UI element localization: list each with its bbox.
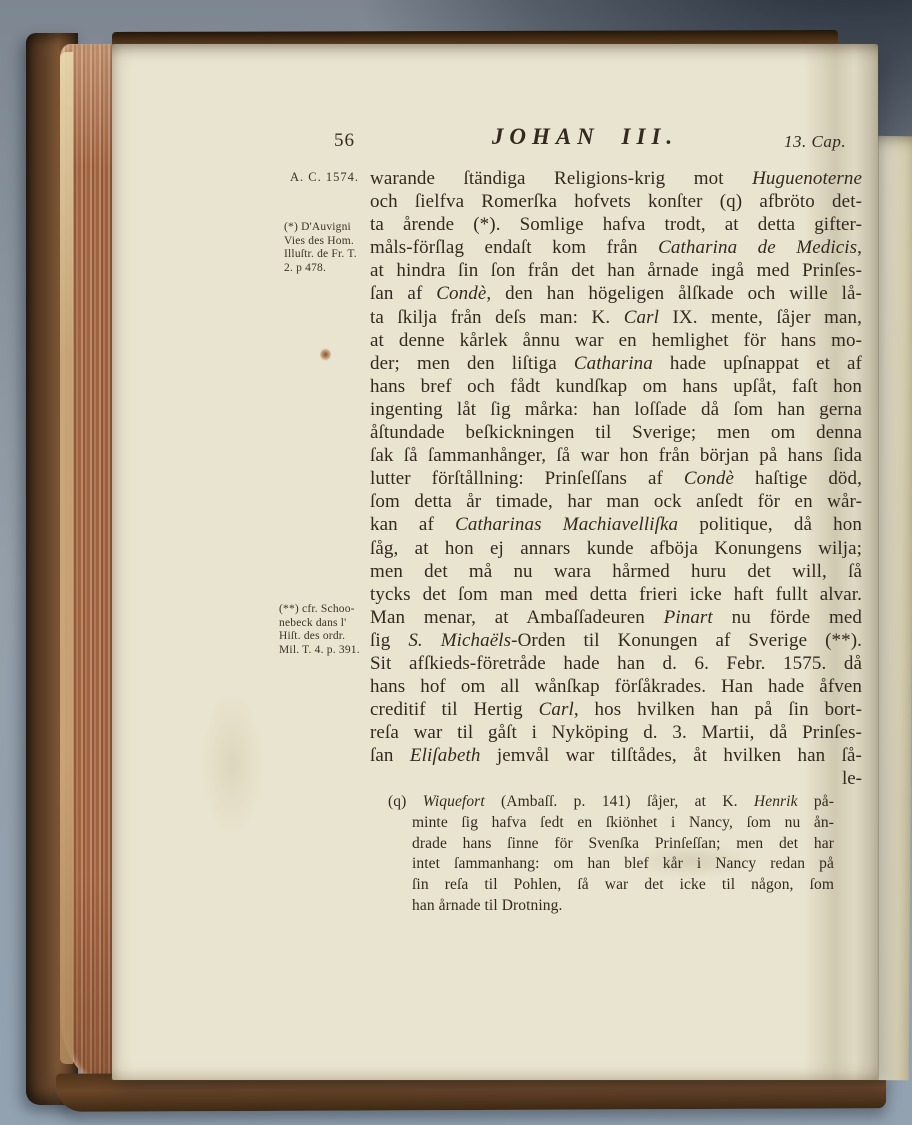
page-number: 56 <box>334 130 355 152</box>
text-line: ſan Eliſabeth jemvål war tilſtådes, åt h… <box>370 744 862 767</box>
text-line: han årnade til Drotning. <box>388 896 834 917</box>
text-segment: Man menar, at Ambaſſadeuren <box>370 607 664 628</box>
text-line: warande ſtändiga Religions-krig mot Hugu… <box>370 167 862 190</box>
margin-note-line: nebeck dans l' <box>279 617 360 631</box>
text-segment: och ſielfva Romerſka hofvets konſter (q)… <box>370 191 862 212</box>
text-line: åſtundade beſkickningen til Sverige; men… <box>370 421 862 444</box>
text-line: ſåg, at hon ej annars kunde afböja Konun… <box>370 537 862 560</box>
text-segment: , hos hvilken han på ſin bort- <box>574 699 862 720</box>
text-line: ingenting låt ſig mårka: han loſſade då … <box>370 398 862 421</box>
text-segment: Sit afſkieds-företråde hade han d. 6. Fe… <box>370 653 862 674</box>
margin-note-reference-1: (*) D'AuvigniVies des Hom.Illuſtr. de Fr… <box>284 221 357 275</box>
text-segment: at denne kårlek ånnu war en hemlighet fö… <box>370 330 862 351</box>
text-segment: måls-förſlag endaſt kom från <box>370 237 658 258</box>
margin-note-line: Hiſt. des ordr. <box>279 630 360 644</box>
text-line: Man menar, at Ambaſſadeuren Pinart nu fö… <box>370 606 862 629</box>
text-segment: Condè <box>436 283 486 304</box>
text-segment: drade hans ſinne för Svenſka Prinſeſſan;… <box>412 835 834 852</box>
text-segment: hans hof om all wånſkap förſåkrades. Han… <box>370 676 862 697</box>
text-segment: haſtige död, <box>734 468 862 489</box>
text-line: (q) Wiquefort (Ambaſſ. p. 141) ſåjer, at… <box>388 792 834 813</box>
text-line: at hindra ſin ſon från det han årnade in… <box>370 259 862 282</box>
photographed-book-scene: 56 JOHAN III. 13. Cap. A. C. 1574. (*) D… <box>0 0 912 1125</box>
margin-note-line: Mil. T. 4. p. 391. <box>279 644 360 658</box>
text-segment: ſom detta år timade, har man ock anſedt … <box>370 491 862 512</box>
text-segment: Huguenoterne <box>752 168 862 189</box>
text-line: Sit afſkieds-företråde hade han d. 6. Fe… <box>370 652 862 675</box>
running-title: JOHAN III. <box>430 124 740 150</box>
text-segment: warande ſtändiga Religions-krig mot <box>370 168 752 189</box>
text-segment: Condè <box>684 468 734 489</box>
text-line: der; men den liſtiga Catharina hade upſn… <box>370 352 862 375</box>
text-segment: ſig <box>370 630 408 651</box>
margin-note-reference-2: (**) cfr. Schoo-nebeck dans l'Hiſt. des … <box>279 603 360 657</box>
text-segment: kan af <box>370 514 455 535</box>
text-segment: på- <box>798 793 834 810</box>
text-segment: Catharinas Machiavelliſka <box>455 514 678 535</box>
catchword-text: le- <box>842 768 862 789</box>
text-segment: politique, då hon <box>678 514 862 535</box>
text-segment: lutter förſtållning: Prinſeſſans af <box>370 468 684 489</box>
text-segment: IX. mente, ſåjer man, <box>659 307 862 328</box>
text-segment: , den han högeligen ålſkade och wille lå… <box>486 283 862 304</box>
text-line: at denne kårlek ånnu war en hemlighet fö… <box>370 329 862 352</box>
text-segment: ſak ſå ſammanhånger, ſå war hon från bör… <box>370 445 862 466</box>
text-segment: jemvål war tilſtådes, åt hvilken han ſå- <box>480 745 862 766</box>
text-segment: nu förde med <box>713 607 862 628</box>
text-line: ſom detta år timade, har man ock anſedt … <box>370 490 862 513</box>
text-segment: S. Michaëls <box>408 630 511 651</box>
text-line: reſa war til gåſt i Nyköping d. 3. Marti… <box>370 721 862 744</box>
text-segment: tycks det ſom man med detta frieri icke … <box>370 584 862 605</box>
text-segment: Henrik <box>754 793 798 810</box>
text-segment: Catharina de Medicis <box>658 237 857 258</box>
text-segment: Carl <box>539 699 574 720</box>
chapter-label: 13. Cap. <box>784 132 846 152</box>
text-line: lutter förſtållning: Prinſeſſans af Cond… <box>370 467 862 490</box>
margin-note-line: 2. p 478. <box>284 262 357 276</box>
text-segment: Pinart <box>664 607 713 628</box>
text-segment: at hindra ſin ſon från det han årnade in… <box>370 260 862 281</box>
text-segment: ſin reſa til Pohlen, ſå war det icke til… <box>412 876 834 893</box>
text-segment: der; men den liſtiga <box>370 353 574 374</box>
margin-note-line: Illuſtr. de Fr. T. <box>284 248 357 262</box>
catchword: le- <box>370 767 862 790</box>
text-segment: ſan <box>370 745 410 766</box>
text-segment: Catharina <box>574 353 653 374</box>
text-segment: creditif til Hertig <box>370 699 539 720</box>
text-segment: , <box>857 237 862 258</box>
text-segment: Wiquefort <box>423 793 485 810</box>
text-line: ſin reſa til Pohlen, ſå war det icke til… <box>388 875 834 896</box>
footnote-block: (q) Wiquefort (Ambaſſ. p. 141) ſåjer, at… <box>388 792 834 917</box>
text-line: hans hof om all wånſkap förſåkrades. Han… <box>370 675 862 698</box>
margin-note-year: A. C. 1574. <box>290 171 359 185</box>
text-line: måls-förſlag endaſt kom från Catharina d… <box>370 236 862 259</box>
text-segment: hans bref och fådt kundſkap om hans upſå… <box>370 376 862 397</box>
main-text-block: warande ſtändiga Religions-krig mot Hugu… <box>370 167 862 791</box>
text-segment: (Ambaſſ. p. 141) ſåjer, at K. <box>485 793 754 810</box>
text-line: intet ſammanhang: om han blef kår i Nanc… <box>388 854 834 875</box>
text-segment: ta årende (*). Somlige hafva trodt, at d… <box>370 214 862 235</box>
text-segment: åſtundade beſkickningen til Sverige; men… <box>370 422 862 443</box>
text-line: drade hans ſinne för Svenſka Prinſeſſan;… <box>388 834 834 855</box>
text-segment: reſa war til gåſt i Nyköping d. 3. Marti… <box>370 722 862 743</box>
text-line: creditif til Hertig Carl, hos hvilken ha… <box>370 698 862 721</box>
text-segment: minte ſig hafva ſedt en ſkiönhet i Nancy… <box>412 814 834 831</box>
text-line: ta årende (*). Somlige hafva trodt, at d… <box>370 213 862 236</box>
text-line: men det må nu wara hårmed huru det will,… <box>370 560 862 583</box>
text-segment: men det må nu wara hårmed huru det will,… <box>370 561 862 582</box>
text-line: ta ſkilja från deſs man: K. Carl IX. men… <box>370 306 862 329</box>
text-line: tycks det ſom man med detta frieri icke … <box>370 583 862 606</box>
text-segment: ſåg, at hon ej annars kunde afböja Konun… <box>370 538 862 559</box>
page-edge-highlight <box>60 52 73 1064</box>
text-segment: intet ſammanhang: om han blef kår i Nanc… <box>412 855 834 872</box>
text-segment: (q) <box>388 793 423 810</box>
ink-stain <box>320 348 331 361</box>
text-segment: ta ſkilja från deſs man: K. <box>370 307 624 328</box>
margin-note-line: (**) cfr. Schoo- <box>279 603 360 617</box>
text-line: minte ſig hafva ſedt en ſkiönhet i Nancy… <box>388 813 834 834</box>
text-segment: -Orden til Konungen af Sverige (**). <box>511 630 862 651</box>
text-segment: Eliſabeth <box>410 745 481 766</box>
margin-note-line: (*) D'Auvigni <box>284 221 357 235</box>
text-segment: ingenting låt ſig mårka: han loſſade då … <box>370 399 862 420</box>
text-segment: ſan af <box>370 283 436 304</box>
margin-note-line: Vies des Hom. <box>284 235 357 249</box>
text-segment: Carl <box>624 307 659 328</box>
text-line: ſak ſå ſammanhånger, ſå war hon från bör… <box>370 444 862 467</box>
text-line: ſan af Condè, den han högeligen ålſkade … <box>370 282 862 305</box>
paper-discoloration <box>202 694 262 834</box>
text-line: hans bref och fådt kundſkap om hans upſå… <box>370 375 862 398</box>
text-line: ſig S. Michaëls-Orden til Konungen af Sv… <box>370 629 862 652</box>
text-segment: han årnade til Drotning. <box>412 897 562 914</box>
text-line: kan af Catharinas Machiavelliſka politiq… <box>370 513 862 536</box>
margin-note-line: A. C. 1574. <box>290 171 359 185</box>
text-line: och ſielfva Romerſka hofvets konſter (q)… <box>370 190 862 213</box>
text-segment: hade upſnappat et af <box>653 353 862 374</box>
book-page: 56 JOHAN III. 13. Cap. A. C. 1574. (*) D… <box>112 44 878 1080</box>
body-lines: warande ſtändiga Religions-krig mot Hugu… <box>370 167 862 767</box>
